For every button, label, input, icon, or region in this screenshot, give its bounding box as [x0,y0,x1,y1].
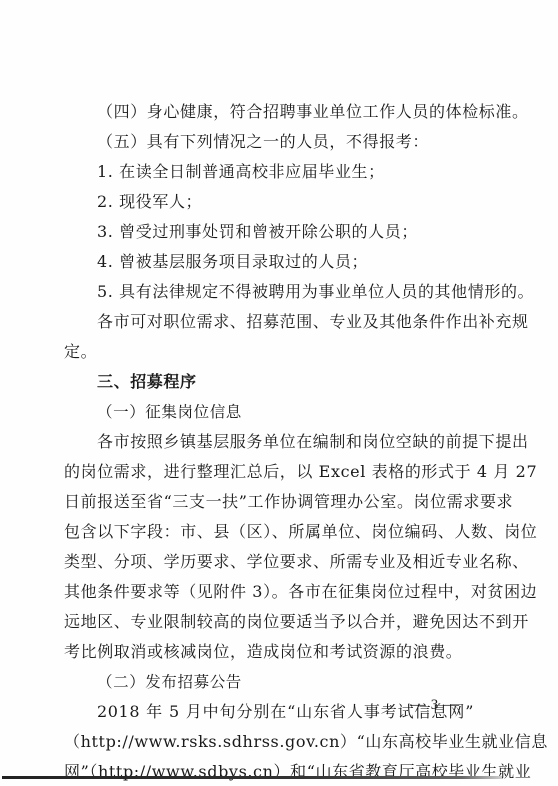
list-item-2: 2. 现役军人； [64,187,474,217]
document-page: （四）身心健康，符合招聘事业单位工作人员的体检标准。 （五）具有下列情况之一的人… [0,0,558,786]
paragraph-positions-line-6: 其他条件要求等（见附件 3）。各市在征集岗位过程中，对贫困边 [64,577,474,607]
paragraph-positions-line-1: 各市按照乡镇基层服务单位在编制和岗位空缺的前提下提出 [64,427,474,457]
paragraph-positions-line-7: 远地区、专业限制较高的岗位要适当予以合并，避免因达不到开 [64,607,474,637]
paragraph-positions-line-8: 考比例取消或核减岗位，造成岗位和考试资源的浪费。 [64,637,474,667]
paragraph-exclusions-intro: （五）具有下列情况之一的人员，不得报考： [64,127,474,157]
paragraph-positions-line-5: 类型、分项、学历要求、学位要求、所需专业及相近专业名称、 [64,547,474,577]
list-item-4: 4. 曾被基层服务项目录取过的人员； [64,247,474,277]
page-number: — 3 — [410,697,460,714]
paragraph-positions-line-4: 包含以下字段：市、县（区）、所属单位、岗位编码、人数、岗位 [64,517,474,547]
subheading-collect-positions: （一）征集岗位信息 [64,397,474,427]
document-body: （四）身心健康，符合招聘事业单位工作人员的体检标准。 （五）具有下列情况之一的人… [64,97,474,786]
list-item-3: 3. 曾受过刑事处罚和曾被开除公职的人员； [64,217,474,247]
page-bottom-edge-rule [2,776,502,779]
list-item-5: 5. 具有法律规定不得被聘用为事业单位人员的其他情形的。 [64,277,474,307]
paragraph-positions-line-2: 的岗位需求，进行整理汇总后，以 Excel 表格的形式于 4 月 27 [64,457,474,487]
paragraph-supplementary-line-2: 定。 [64,337,474,367]
list-item-1: 1. 在读全日制普通高校非应届毕业生； [64,157,474,187]
paragraph-announcement-line-3: 网”（http://www.sdbys.cn）和“山东省教育厅高校毕业生就业 [64,757,474,786]
paragraph-health-requirement: （四）身心健康，符合招聘事业单位工作人员的体检标准。 [64,97,474,127]
paragraph-supplementary-line-1: 各市可对职位需求、招募范围、专业及其他条件作出补充规 [64,307,474,337]
paragraph-positions-line-3: 日前报送至省“三支一扶”工作协调管理办公室。岗位需求要求 [64,487,474,517]
section-heading-recruitment-procedure: 三、招募程序 [64,367,474,397]
subheading-publish-announcement: （二）发布招募公告 [64,667,474,697]
paragraph-announcement-line-2: （http://www.rsks.sdhrss.gov.cn）“山东高校毕业生就… [64,727,474,757]
